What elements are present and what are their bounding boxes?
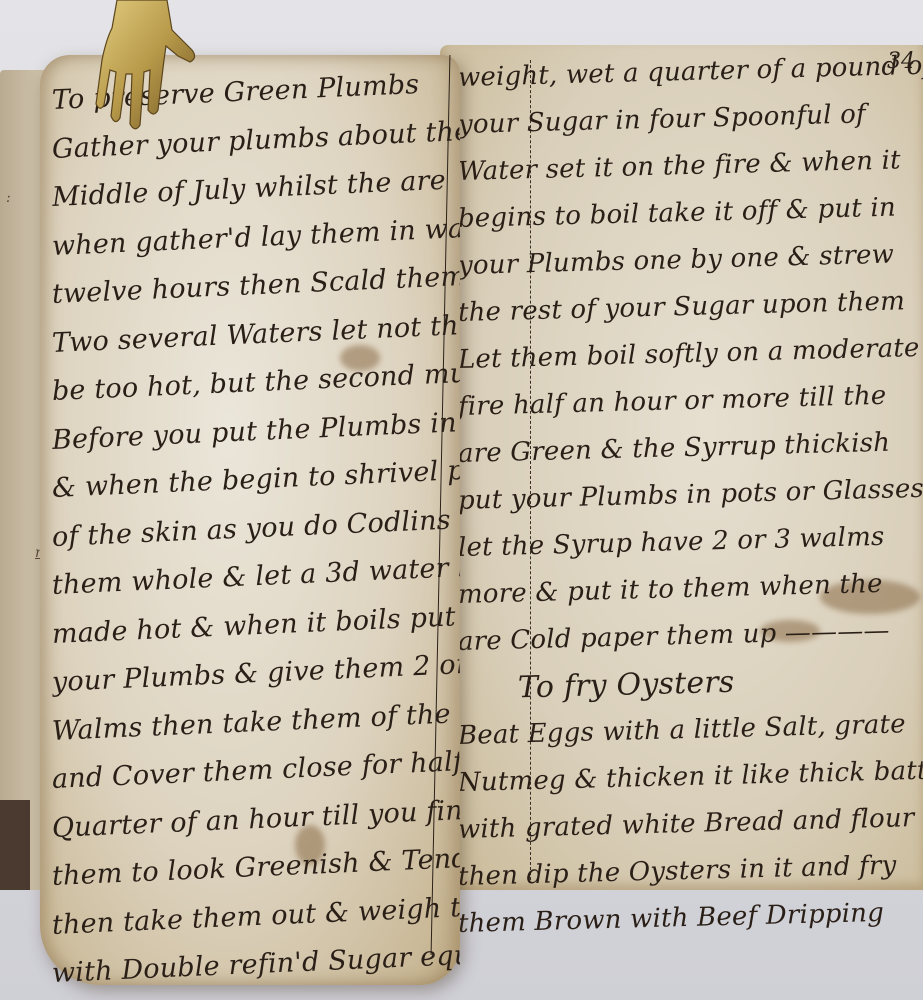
left-page-text: To preserve Green Plumbs Gather your plu… [52,77,460,999]
book-cover-edge [0,800,30,890]
right-page-text: weight, wet a quarter of a pound of your… [458,55,923,948]
left-page-curled: To preserve Green Plumbs Gather your plu… [40,55,460,985]
right-page: 34 weight, wet a quarter of a pound of y… [440,45,923,890]
brass-hand-page-weight-icon [92,0,202,135]
margin-mark: : [6,190,11,206]
